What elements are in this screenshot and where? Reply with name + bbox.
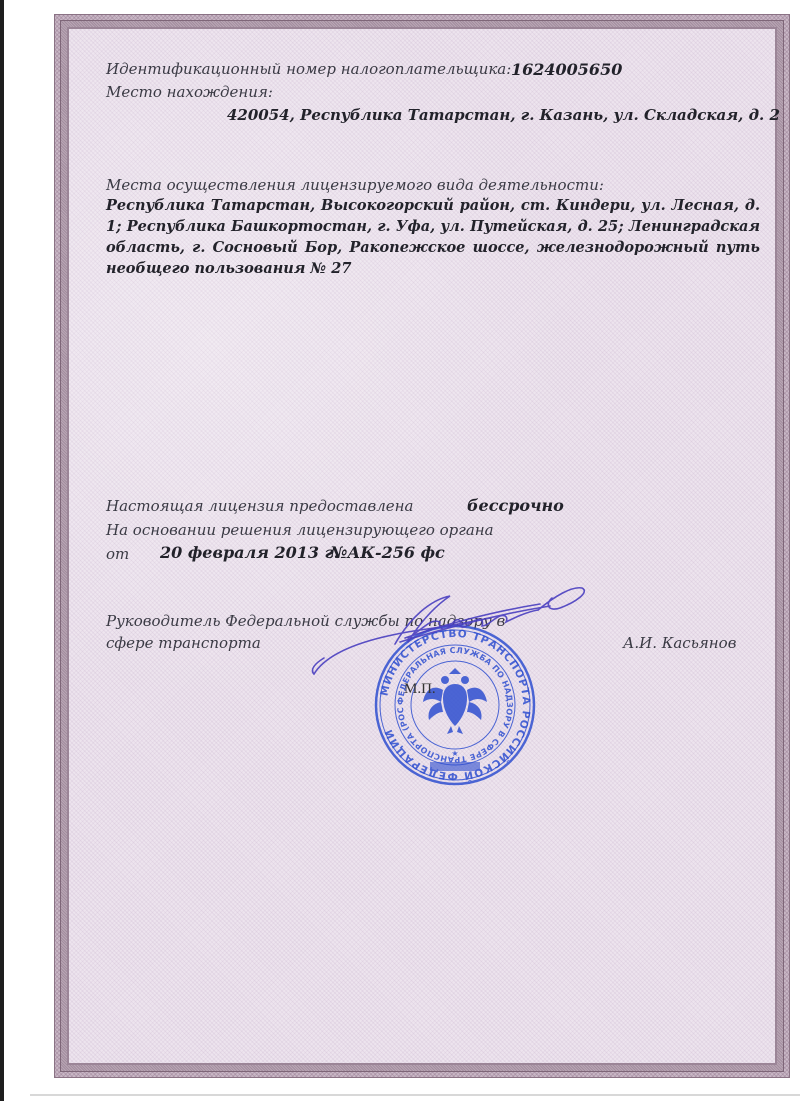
seal-placement-label: М.П. <box>404 681 436 698</box>
activity-places-label: Места осуществления лицензируемого вида … <box>106 176 604 194</box>
basis-date: 20 февраля 2013 г. <box>160 543 339 562</box>
validity-value: бессрочно <box>467 496 564 515</box>
taxpayer-id-label: Идентификационный номер налогоплательщик… <box>106 60 511 78</box>
validity-label: Настоящая лицензия предоставлена <box>106 497 413 515</box>
basis-number: №АК-256 фс <box>330 543 445 562</box>
basis-label: На основании решения лицензирующего орга… <box>106 521 494 539</box>
svg-text:★: ★ <box>451 749 458 758</box>
signatory-title-line2: сфере транспорта <box>106 634 261 652</box>
location-value: 420054, Республика Татарстан, г. Казань,… <box>227 106 780 124</box>
activity-places-value: Республика Татарстан, Высокогорский райо… <box>106 195 760 279</box>
scan-edge <box>0 0 4 1101</box>
scan-bottom-edge <box>30 1094 800 1096</box>
signatory-name: А.И. Касьянов <box>623 634 736 652</box>
location-label: Место нахождения: <box>106 83 273 101</box>
signature-icon <box>300 578 600 678</box>
taxpayer-id-value: 1624005650 <box>511 60 622 79</box>
basis-from-label: от <box>106 545 129 563</box>
